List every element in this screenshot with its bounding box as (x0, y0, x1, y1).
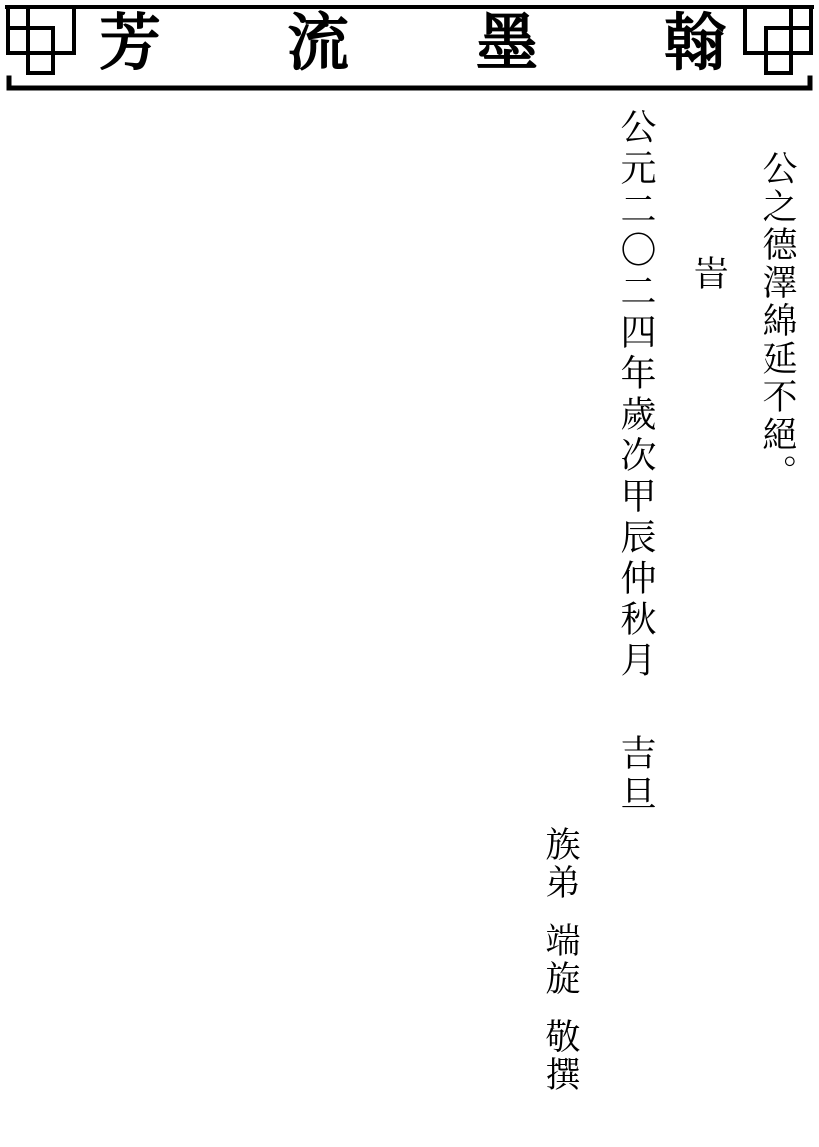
signature-column: 族弟 端旋 敬撰 (541, 826, 579, 1094)
document-page: 芳 流 墨 翰 公之德澤綿延不絕。 峕 公元二〇二四年歲次甲辰仲秋月 吉旦 族弟… (0, 0, 819, 1147)
blessing-text: 公之德澤綿延不絕。 (758, 150, 796, 492)
date-column: 公元二〇二四年歲次甲辰仲秋月 吉旦 (616, 108, 656, 816)
fret-ornament-left-icon (8, 7, 74, 73)
title-char-han: 翰 (664, 13, 726, 75)
title-char-liu: 流 (287, 13, 349, 75)
signature-composed: 敬撰 (541, 1018, 579, 1094)
header-band: 芳 流 墨 翰 (0, 0, 819, 100)
shi-time-column: 峕 (689, 255, 727, 293)
fret-ornament-right-icon (745, 7, 811, 73)
title-char-mo: 墨 (476, 13, 538, 75)
signature-relation: 族弟 (541, 826, 579, 902)
shi-time-char: 峕 (689, 255, 727, 293)
title-char-fang: 芳 (99, 13, 161, 75)
signature-name: 端旋 (541, 922, 579, 998)
date-text: 公元二〇二四年歲次甲辰仲秋月 (616, 108, 656, 682)
blessing-column: 公之德澤綿延不絕。 (758, 150, 796, 492)
auspicious-day-text: 吉旦 (616, 734, 656, 816)
band-bottom-line (9, 78, 810, 88)
